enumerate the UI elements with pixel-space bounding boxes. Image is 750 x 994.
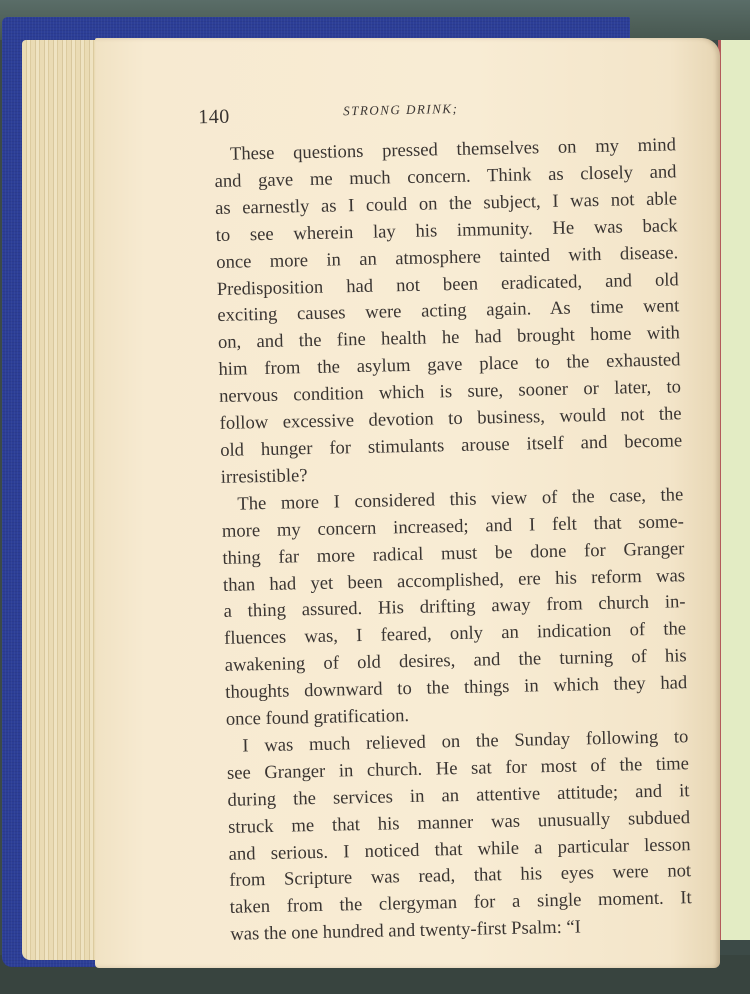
running-title: STRONG DRINK;: [343, 101, 459, 119]
paragraph: These questions pressed themselves on my…: [214, 132, 683, 491]
body-text: These questions pressed themselves on my…: [214, 132, 693, 949]
paragraph: I was much relieved on the Sunday follow…: [226, 724, 692, 949]
page-number: 140: [198, 106, 230, 130]
paragraph: The more I considered this view of the c…: [221, 482, 688, 734]
facing-page-edge: [718, 40, 750, 940]
page-text: 140 STRONG DRINK; These questions presse…: [213, 96, 693, 949]
